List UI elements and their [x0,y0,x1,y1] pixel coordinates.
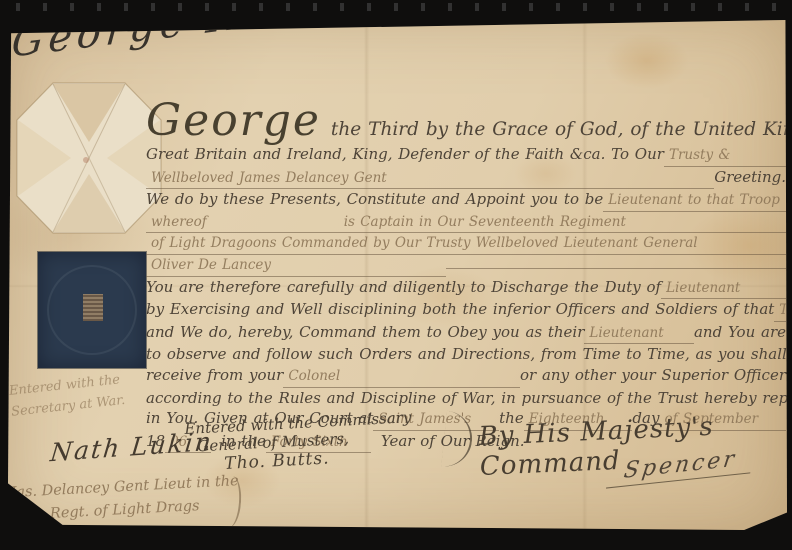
commission-line-12: receive from your Colonel or any other y… [146,365,786,388]
printed-text: Greeting. [714,167,786,188]
opening-word: George [146,100,321,142]
film-edge-ticks [16,3,784,11]
printed-text: and We do, hereby, Command them to Obey … [146,322,584,343]
printed-text: You are therefore carefully and diligent… [146,277,661,298]
printed-text: to observe and follow such Orders and Di… [146,344,787,365]
handwritten-fill: Troop [774,300,786,322]
commission-line-7: Oliver De Lancey [146,255,786,277]
docket-annotation: Jas. Delancey Gent Lieut in the 17th Reg… [10,470,240,528]
stamp-center-cipher [83,294,103,321]
commission-line-6: of Light Dragoons Commanded by Our Trust… [146,233,786,255]
printed-text: We do by these Presents, Constitute and … [146,189,603,210]
commission-line-3: Wellbeloved James Delancey Gent Greeting… [146,167,786,190]
printed-text: Great Britain and Ireland, King, Defende… [146,144,664,165]
commission-line-9: by Exercising and Well disciplining both… [146,299,786,322]
commission-line-13: according to the Rules and Discipline of… [146,388,786,409]
commission-line-2: Great Britain and Ireland, King, Defende… [146,144,786,167]
printed-text: according to the Rules and Discipline of… [146,388,792,409]
wafer-seal-icon [16,82,162,234]
muster-office-entry: Entered with the Commissary General of M… [184,408,414,476]
commission-line-4: We do by these Presents, Constitute and … [146,189,786,212]
blank-rule [446,268,786,269]
revenue-stamp [38,252,146,368]
commission-text: George the Third by the Grace of God, of… [146,92,786,453]
document-scan: George R George the Third by the Grace o… [0,0,792,550]
commission-line-10: and We do, hereby, Command them to Obey … [146,322,786,345]
handwritten-fill: is Captain in Our Seventeenth Regiment [339,212,786,234]
handwritten-fill: Lieutenant [584,323,694,345]
seal-wax-spot [83,157,89,163]
handwritten-fill: of Light Dragoons Commanded by Our Trust… [146,233,786,255]
handwritten-fill: whereof [146,212,339,234]
handwritten-fill: Wellbeloved James Delancey Gent [146,168,714,190]
handwritten-fill: Lieutenant to that Troop [603,190,786,212]
handwritten-fill: Colonel [283,366,520,388]
docket-brace [224,476,243,529]
handwritten-fill: Oliver De Lancey [146,255,446,277]
printed-text: and You are [694,322,786,343]
printed-text: by Exercising and Well disciplining both… [146,299,774,320]
printed-text: or any other your Superior Officer [520,365,786,386]
parchment-sheet: George R George the Third by the Grace o… [8,20,787,532]
printed-text: the Third by the Grace of God, of the Un… [331,118,792,142]
handwritten-fill: Trusty & [664,145,786,167]
commission-line-1: George the Third by the Grace of God, of… [146,92,786,142]
commission-line-11: to observe and follow such Orders and Di… [146,344,786,365]
commission-line-5: whereof is Captain in Our Seventeenth Re… [146,212,786,234]
handwritten-fill: Lieutenant [661,278,786,300]
commission-line-8: You are therefore carefully and diligent… [146,277,786,300]
